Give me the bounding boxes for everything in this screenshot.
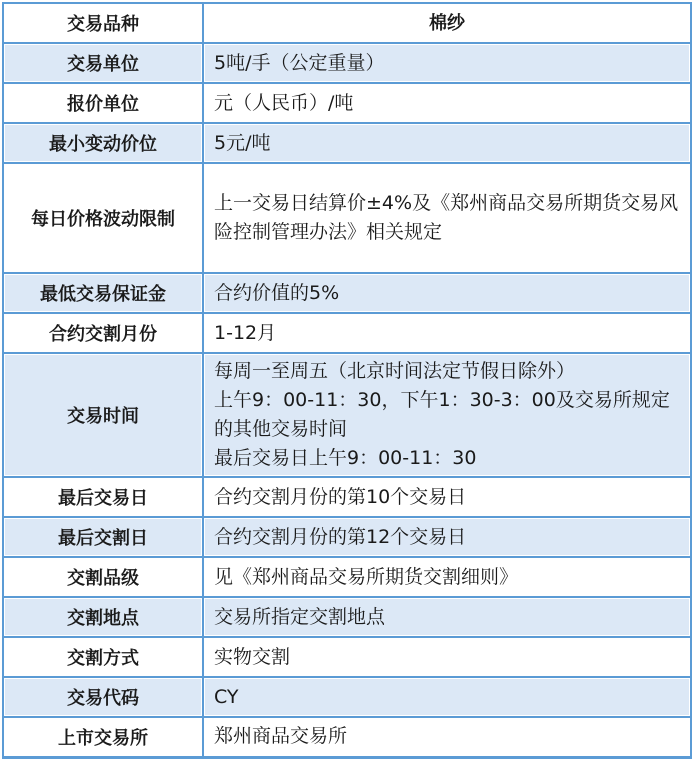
- row-ticker-symbol: 交易代码 CY: [3, 677, 691, 717]
- row-tick-size-value: 5元/吨: [203, 123, 691, 163]
- row-tick-size: 最小变动价位 5元/吨: [3, 123, 691, 163]
- row-delivery-place: 交割地点 交易所指定交割地点: [3, 597, 691, 637]
- row-trading-unit-value: 5吨/手（公定重量）: [203, 43, 691, 83]
- row-listing-exchange-label: 上市交易所: [3, 717, 203, 757]
- row-quote-unit-label: 报价单位: [3, 83, 203, 123]
- row-last-delivery-day-value: 合约交割月份的第12个交易日: [203, 517, 691, 557]
- row-delivery-months-value: 1-12月: [203, 313, 691, 353]
- row-trading-hours-label: 交易时间: [3, 353, 203, 477]
- row-listing-exchange-value: 郑州商品交易所: [203, 717, 691, 757]
- row-product: 交易品种 棉纱: [3, 3, 691, 43]
- row-trading-unit-label: 交易单位: [3, 43, 203, 83]
- row-last-trading-day: 最后交易日 合约交割月份的第10个交易日: [3, 477, 691, 517]
- row-trading-hours-value: 每周一至周五（北京时间法定节假日除外） 上午9：00-11：30，下午1：30-…: [203, 353, 691, 477]
- row-quote-unit: 报价单位 元（人民币）/吨: [3, 83, 691, 123]
- row-min-margin-label: 最低交易保证金: [3, 273, 203, 313]
- row-delivery-months: 合约交割月份 1-12月: [3, 313, 691, 353]
- row-delivery-months-label: 合约交割月份: [3, 313, 203, 353]
- row-delivery-grade-label: 交割品级: [3, 557, 203, 597]
- row-ticker-symbol-label: 交易代码: [3, 677, 203, 717]
- row-daily-price-limit-value: 上一交易日结算价±4%及《郑州商品交易所期货交易风险控制管理办法》相关规定: [203, 163, 691, 273]
- row-last-trading-day-value: 合约交割月份的第10个交易日: [203, 477, 691, 517]
- row-last-delivery-day: 最后交割日 合约交割月份的第12个交易日: [3, 517, 691, 557]
- row-trading-hours: 交易时间 每周一至周五（北京时间法定节假日除外） 上午9：00-11：30，下午…: [3, 353, 691, 477]
- futures-contract-spec-table: 交易品种 棉纱 交易单位 5吨/手（公定重量） 报价单位 元（人民币）/吨 最小…: [2, 2, 692, 759]
- row-product-label: 交易品种: [3, 3, 203, 43]
- row-tick-size-label: 最小变动价位: [3, 123, 203, 163]
- row-delivery-place-label: 交割地点: [3, 597, 203, 637]
- row-delivery-grade-value: 见《郑州商品交易所期货交割细则》: [203, 557, 691, 597]
- row-delivery-place-value: 交易所指定交割地点: [203, 597, 691, 637]
- row-daily-price-limit-label: 每日价格波动限制: [3, 163, 203, 273]
- row-min-margin-value: 合约价值的5%: [203, 273, 691, 313]
- row-trading-unit: 交易单位 5吨/手（公定重量）: [3, 43, 691, 83]
- row-ticker-symbol-value: CY: [203, 677, 691, 717]
- row-daily-price-limit: 每日价格波动限制 上一交易日结算价±4%及《郑州商品交易所期货交易风险控制管理办…: [3, 163, 691, 273]
- row-quote-unit-value: 元（人民币）/吨: [203, 83, 691, 123]
- row-last-delivery-day-label: 最后交割日: [3, 517, 203, 557]
- row-delivery-grade: 交割品级 见《郑州商品交易所期货交割细则》: [3, 557, 691, 597]
- row-delivery-method: 交割方式 实物交割: [3, 637, 691, 677]
- row-product-value: 棉纱: [203, 3, 691, 43]
- row-delivery-method-label: 交割方式: [3, 637, 203, 677]
- row-delivery-method-value: 实物交割: [203, 637, 691, 677]
- row-min-margin: 最低交易保证金 合约价值的5%: [3, 273, 691, 313]
- row-last-trading-day-label: 最后交易日: [3, 477, 203, 517]
- row-listing-exchange: 上市交易所 郑州商品交易所: [3, 717, 691, 757]
